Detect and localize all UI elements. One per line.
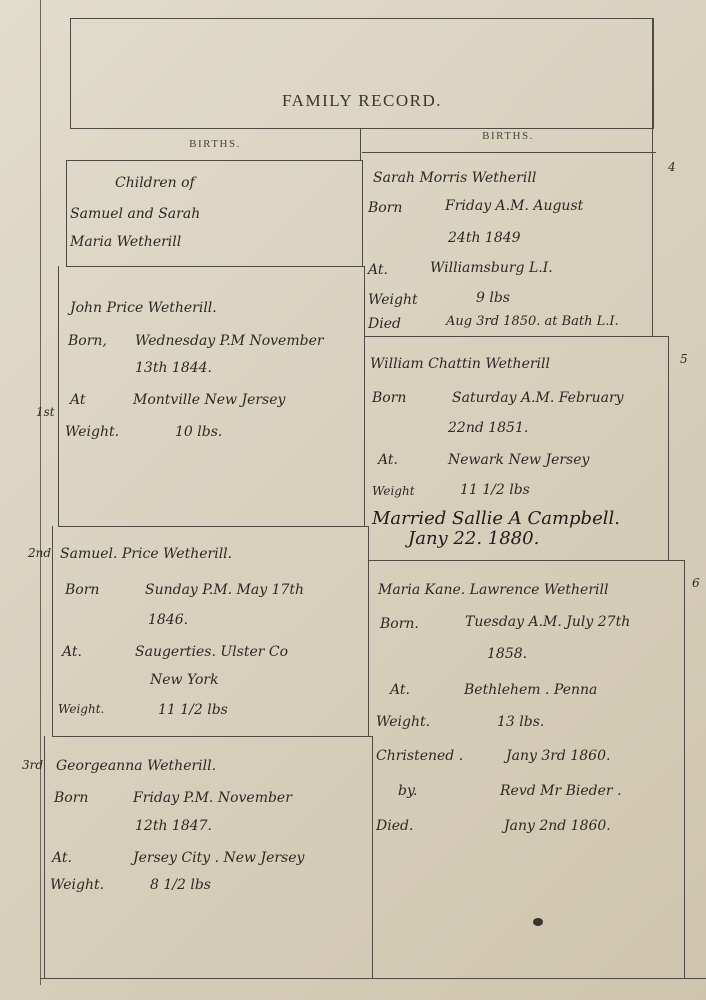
entry-4-born-line1: Friday A.M. August [445,198,583,214]
entry-1-name: John Price Wetherill. [70,300,217,316]
entry-3-at-label: At. [52,850,72,866]
entry-5-born-label: Born [372,390,406,406]
entry-1-born-line1: Wednesday P.M November [135,333,324,349]
entry-5-born-line2: 22nd 1851. [448,420,528,436]
family-record-page: FAMILY RECORD. BIRTHS. BIRTHS. Children … [0,0,706,1000]
mid-rule-d [372,736,373,978]
entry-5-married-line2: Jany 22. 1880. [408,528,539,549]
entry-3-born-line1: Friday P.M. November [133,790,292,806]
entry-3-weight-value: 8 1/2 lbs [150,877,211,893]
entry-4-born-line2: 24th 1849 [448,230,521,246]
entry-2-born-line1: Sunday P.M. May 17th [145,582,304,598]
entry-6-by-value: Revd Mr Bieder . [500,783,622,799]
entry-1-born-line2: 13th 1844. [135,360,212,376]
entry-2-born-line2: 1846. [148,612,188,628]
entry-2-weight-label: Weight. [58,702,104,716]
right-rule-1 [364,336,668,337]
right-rule-2 [368,560,684,561]
mid-rule-c [368,526,369,736]
entry-3-born-line2: 12th 1847. [135,818,212,834]
entry-6-born-label: Born. [380,616,419,632]
entry-4-at-label: At. [368,262,388,278]
entry-4-weight-label: Weight [368,292,418,308]
entry-4-at-value: Williamsburg L.I. [430,260,553,276]
entry-6-died-label: Died. [376,818,413,834]
left-rule-2 [58,526,368,527]
children-of-line2: Samuel and Sarah [70,206,200,222]
entry-6-christened-value: Jany 3rd 1860. [506,748,610,764]
entry-4-died-label: Died [368,316,401,332]
entry-4-died-value: Aug 3rd 1850. at Bath L.I. [446,314,619,329]
entry-1-weight-value: 10 lbs. [175,424,222,440]
entry-4-born-label: Born [368,200,402,216]
entry-5-weight-label: Weight [372,484,415,498]
entry-3-name: Georgeanna Wetherill. [56,758,216,774]
entry-5-at-label: At. [378,452,398,468]
entry-6-at-value: Bethlehem . Penna [464,682,597,698]
entry-6-christened-label: Christened . [376,748,463,764]
entry-6-name: Maria Kane. Lawrence Wetherill [378,582,608,598]
left-col-left-rule-d [44,736,45,978]
mid-rule-a [362,160,363,266]
entry-6-born-line2: 1858. [487,646,527,662]
entry-6-died-value: Jany 2nd 1860. [504,818,611,834]
entry-6-by-label: by. [398,783,417,799]
entry-2-at-value: Saugerties. Ulster Co [135,644,288,660]
entry-1-number: 1st [36,405,55,419]
entry-5-weight-value: 11 1/2 lbs [460,482,530,498]
entry-2-name: Samuel. Price Wetherill. [60,546,232,562]
children-of-line1: Children of [115,175,195,191]
right-col-right-rule-c [684,560,685,978]
entry-6-at-label: At. [390,682,410,698]
entry-6-born-line1: Tuesday A.M. July 27th [465,614,630,630]
entry-1-born-label: Born, [68,333,107,349]
entry-3-at-value: Jersey City . New Jersey [133,850,304,866]
entry-6-number: 6 [692,576,700,590]
entry-6-weight-value: 13 lbs. [497,714,544,730]
entry-5-married-line1: Married Sallie A Campbell. [372,508,620,529]
right-header-bottom-rule [362,152,656,153]
entry-3-number: 3rd [22,758,43,772]
entry-1-at-label: At [70,392,86,408]
page-title: FAMILY RECORD. [71,91,653,111]
left-col-left-rule-a [66,160,67,266]
entry-4-weight-value: 9 lbs [476,290,510,306]
entry-5-number: 5 [680,352,688,366]
left-col-left-rule-b [58,266,59,526]
left-rule-1 [66,266,364,267]
header-divider [360,128,361,160]
entry-1-weight-label: Weight. [65,424,119,440]
ink-blot [533,918,543,926]
title-box: FAMILY RECORD. [70,18,654,129]
page-edge-rule [40,0,41,985]
right-col-right-rule-b [668,336,669,560]
page-bottom-rule [40,978,706,979]
entry-2-number: 2nd [28,546,51,560]
children-of-line3: Maria Wetherill [70,234,181,250]
left-header-bottom-rule [66,160,362,161]
entry-4-number: 4 [668,160,676,174]
entry-2-born-label: Born [65,582,99,598]
left-col-left-rule-c [52,526,53,736]
entry-5-at-value: Newark New Jersey [448,452,589,468]
mid-rule-b [364,266,365,526]
entry-5-name: William Chattin Wetherill [370,356,550,372]
entry-3-weight-label: Weight. [50,877,104,893]
entry-1-at-value: Montville New Jersey [133,392,285,408]
header-top-rule [70,128,653,129]
entry-5-born-line1: Saturday A.M. February [452,390,624,406]
entry-2-weight-value: 11 1/2 lbs [158,702,228,718]
entry-3-born-label: Born [54,790,88,806]
left-births-header: BIRTHS. [70,138,360,150]
entry-2-at-value2: New York [150,672,219,688]
right-col-right-rule-a [652,18,653,336]
left-rule-3 [52,736,372,737]
right-births-header: BIRTHS. [362,130,654,142]
entry-2-at-label: At. [62,644,82,660]
entry-6-weight-label: Weight. [376,714,430,730]
entry-4-name: Sarah Morris Wetherill [373,170,536,186]
